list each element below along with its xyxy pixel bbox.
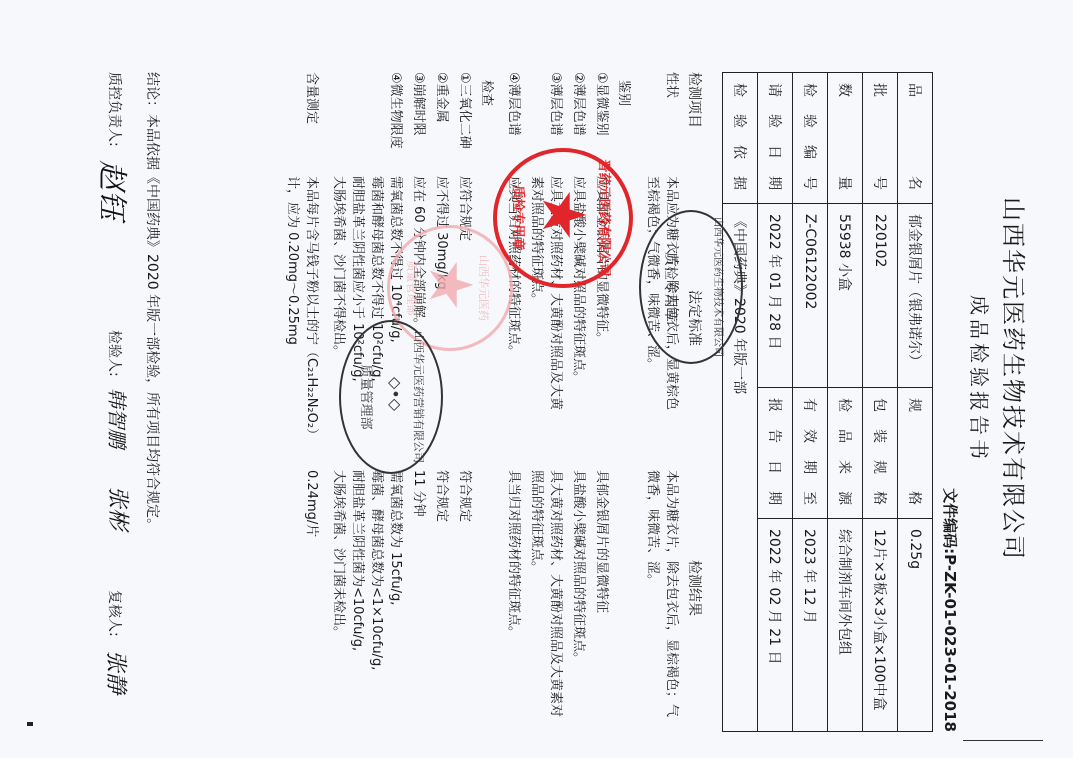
test-item-label: ②薄层色谱 bbox=[569, 72, 588, 136]
info-label: 规 格 bbox=[898, 388, 933, 519]
info-value: 2023 年 12 月 bbox=[793, 519, 828, 732]
standard-text: 大肠埃希菌、沙门菌不得检出。 bbox=[329, 176, 348, 358]
inspection-report-page: 山西华元医药生物技术有限公司 成品检验报告书 文件编码:P-ZK-01-023-… bbox=[0, 0, 1073, 758]
test-item-label: 性状 bbox=[662, 72, 681, 98]
info-value: 2022 年 01 月 28 日 bbox=[758, 204, 793, 388]
info-label: 批 号 bbox=[863, 73, 898, 204]
result-text: 耐胆盐革兰阴性菌为<10cfu/g, bbox=[348, 470, 367, 651]
result-text: 具大黄对照药材、大黄酚对照品及大黄素对 bbox=[546, 470, 565, 717]
inspector-signature: 韩智鹏 bbox=[104, 388, 133, 448]
section-label: 鉴别 bbox=[614, 80, 633, 106]
col-header-item: 检测项目 bbox=[685, 72, 705, 128]
inspector-label: 检验人: bbox=[104, 330, 123, 377]
star-icon: ★ bbox=[420, 258, 480, 312]
info-label: 检验依据 bbox=[723, 73, 758, 204]
info-row: 检验依据《中国药典》2020 年版一部 bbox=[723, 73, 758, 732]
info-label: 请验日期 bbox=[758, 73, 793, 204]
result-text: 具盐酸小檗碱对照品的特征斑点。 bbox=[569, 470, 588, 665]
info-label: 检验编号 bbox=[793, 73, 828, 204]
info-label: 有效期至 bbox=[793, 388, 828, 519]
star-icon: ★ bbox=[533, 188, 593, 242]
test-item-label: 含量测定 bbox=[302, 72, 321, 124]
test-item-label: ②重金属 bbox=[432, 72, 451, 123]
scan-speck bbox=[27, 722, 33, 726]
result-text: 具郁金银屑片的显微特征 bbox=[592, 470, 611, 613]
standard-text: 计，应为 0.20mg～0.25mg bbox=[283, 176, 302, 345]
test-item-label: ①显微鉴别 bbox=[592, 72, 611, 136]
reviewer-label: 复核人: bbox=[104, 590, 123, 637]
test-item-label: ③崩解时限 bbox=[409, 72, 428, 136]
info-value: 0.25g bbox=[898, 519, 933, 732]
document-code: 文件编码:P-ZK-01-023-01-2018 bbox=[940, 488, 961, 732]
standard-text: 本品每片含马钱子粉以士的宁（C₂₁H₂₂N₂O₂） bbox=[302, 176, 321, 441]
info-value: 220102 bbox=[863, 204, 898, 388]
info-label: 报告日期 bbox=[758, 388, 793, 519]
scan-margin-line bbox=[963, 740, 1043, 741]
info-row: 数 量55938 小盒检品来源综合制剂车间外包组 bbox=[828, 73, 863, 732]
info-label: 数 量 bbox=[828, 73, 863, 204]
test-item-label: ③薄层色谱 bbox=[546, 72, 565, 136]
info-value: 郁金银屑片（银弗诺尔） bbox=[898, 204, 933, 388]
section-label: 检查 bbox=[477, 80, 496, 106]
info-value: Z-C06122002 bbox=[793, 204, 828, 388]
info-label: 检品来源 bbox=[828, 388, 863, 519]
info-row: 请验日期2022 年 01 月 28 日报告日期2022 年 02 月 21 日 bbox=[758, 73, 793, 732]
test-item-label: ①三氧化二砷 bbox=[455, 72, 474, 149]
black-oval-qc-stamp: 山西华元医药生物技术有限公司 质检专用章 bbox=[639, 210, 743, 364]
info-value: 12片×3板×3小盒×100中盒 bbox=[863, 519, 898, 732]
result-text: 11 分钟 bbox=[409, 470, 428, 517]
test-item-label: ④微生物限度 bbox=[386, 72, 405, 149]
inspector-signature-2: 张彬 bbox=[104, 486, 135, 530]
result-text: 0.24mg/片 bbox=[302, 470, 321, 537]
info-table: 品 名郁金银屑片（银弗诺尔）规 格0.25g批 号220102包装规格12片×3… bbox=[722, 72, 933, 732]
info-label: 包装规格 bbox=[863, 388, 898, 519]
qc-manager-signature: 赵钰 bbox=[93, 160, 137, 220]
report-title: 成品检验报告书 bbox=[966, 0, 995, 758]
reviewer-signature: 张静 bbox=[102, 650, 133, 694]
info-value: 2022 年 02 月 21 日 bbox=[758, 519, 793, 732]
result-text: 微香，味微苦、涩。 bbox=[643, 470, 662, 587]
red-qc-stamp: 晋药元医药有限公司 ★ 质检专用章 bbox=[493, 148, 633, 288]
result-text: 具当归对照药材的特征斑点。 bbox=[504, 470, 523, 639]
info-row: 检验编号Z-C06122002有效期至2023 年 12 月 bbox=[793, 73, 828, 732]
company-name: 山西华元医药生物技术有限公司 bbox=[998, 0, 1033, 758]
result-text: 照品的特征斑点。 bbox=[527, 470, 546, 574]
info-value: 55938 小盒 bbox=[828, 204, 863, 388]
black-oval-qa-stamp: 山西华元医药营销有限公司 ◇•◇ 质量管理部 bbox=[339, 320, 443, 474]
info-label: 品 名 bbox=[898, 73, 933, 204]
test-item-label: ④薄层色谱 bbox=[504, 72, 523, 136]
result-text: 霉菌、酵母菌总数为<1×10cfu/g, bbox=[367, 470, 386, 670]
result-text: 本品为糖衣片，除去包衣后，显棕褐色；气 bbox=[662, 470, 681, 717]
conclusion-text: 结论：本品依据《中国药典》2020 年版一部检验，所有项目均符合规定。 bbox=[142, 72, 161, 532]
result-text: 符合规定 bbox=[455, 470, 474, 522]
result-text: 大肠埃希菌、沙门菌未检出。 bbox=[329, 470, 348, 639]
qc-manager-label: 质控负责人: bbox=[104, 72, 123, 147]
result-text: 需氧菌总数为 15cfu/g, bbox=[386, 470, 405, 605]
diamond-icon: ◇•◇ bbox=[386, 377, 405, 411]
info-row: 批 号220102包装规格12片×3板×3小盒×100中盒 bbox=[863, 73, 898, 732]
info-row: 品 名郁金银屑片（银弗诺尔）规 格0.25g bbox=[898, 73, 933, 732]
info-value: 综合制剂车间外包组 bbox=[828, 519, 863, 732]
col-header-result: 检测结果 bbox=[685, 560, 705, 616]
result-text: 符合规定 bbox=[432, 470, 451, 522]
